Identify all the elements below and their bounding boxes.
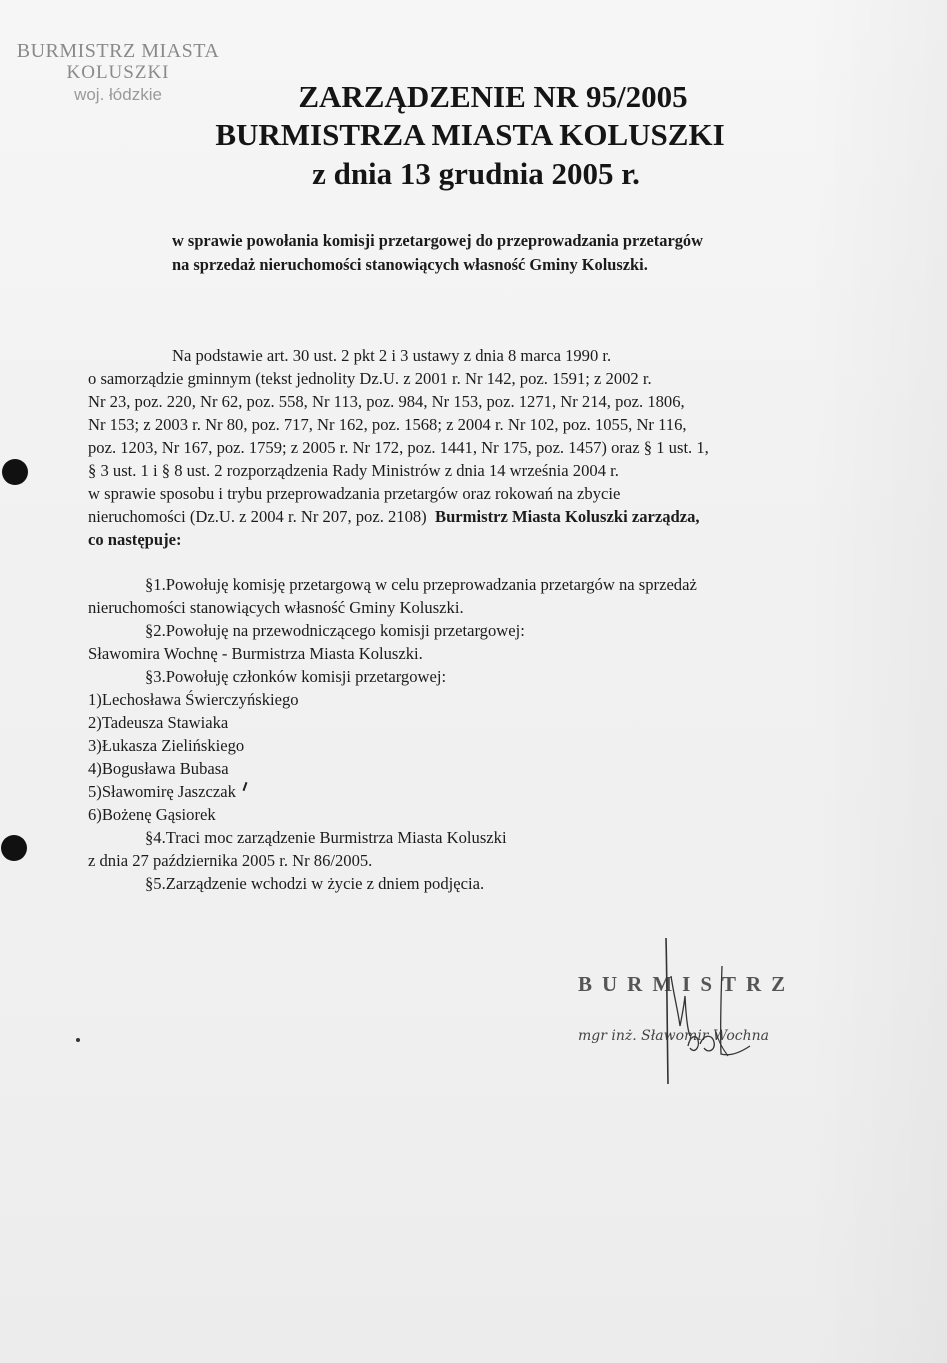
preamble: Na podstawie art. 30 ust. 2 pkt 2 i 3 us… bbox=[88, 344, 848, 551]
member-list-item: 5)Sławomirę Jaszczak bbox=[88, 780, 848, 803]
member-list-item: 1)Lechosława Świerczyńskiego bbox=[88, 688, 848, 711]
signature-block: BURMISTRZ mgr inż. Sławomir Wochna bbox=[578, 972, 818, 997]
section-3: §3.Powołuję członków komisji przetargowe… bbox=[88, 665, 848, 826]
title-line-2: BURMISTRZA MIASTA KOLUSZKI bbox=[150, 116, 790, 154]
member-list-item: 3)Łukasza Zielińskiego bbox=[88, 734, 848, 757]
document-body: Na podstawie art. 30 ust. 2 pkt 2 i 3 us… bbox=[88, 344, 848, 895]
preamble-citation: nieruchomości (Dz.U. z 2004 r. Nr 207, p… bbox=[88, 507, 435, 526]
section-1-line-1: §1.Powołuję komisję przetargową w celu p… bbox=[88, 573, 848, 596]
section-4-line-1: §4.Traci moc zarządzenie Burmistrza Mias… bbox=[88, 826, 848, 849]
preamble-line: § 3 ust. 1 i § 8 ust. 2 rozporządzenia R… bbox=[88, 459, 848, 482]
handwritten-signature-icon bbox=[638, 936, 758, 1086]
preamble-line: Nr 23, poz. 220, Nr 62, poz. 558, Nr 113… bbox=[88, 390, 848, 413]
subject-line-2: na sprzedaż nieruchomości stanowiących w… bbox=[172, 253, 703, 277]
title-line-1: ZARZĄDZENIE NR 95/2005 bbox=[196, 78, 790, 116]
section-1: §1.Powołuję komisję przetargową w celu p… bbox=[88, 573, 848, 619]
preamble-line: Nr 153; z 2003 r. Nr 80, poz. 717, Nr 16… bbox=[88, 413, 848, 436]
title-line-3: z dnia 13 grudnia 2005 r. bbox=[162, 154, 790, 194]
section-2: §2.Powołuję na przewodniczącego komisji … bbox=[88, 619, 848, 665]
member-name: 5)Sławomirę Jaszczak bbox=[88, 782, 236, 801]
section-5-line-1: §5.Zarządzenie wchodzi w życie z dniem p… bbox=[88, 872, 848, 895]
stamp-line-1: BURMISTRZ MIASTA bbox=[8, 40, 228, 62]
punch-hole bbox=[2, 459, 28, 485]
preamble-line: w sprawie sposobu i trybu przeprowadzani… bbox=[88, 482, 848, 505]
punch-hole bbox=[1, 835, 27, 861]
preamble-line: o samorządzie gminnym (tekst jednolity D… bbox=[88, 367, 848, 390]
preamble-line: nieruchomości (Dz.U. z 2004 r. Nr 207, p… bbox=[88, 505, 848, 528]
section-4: §4.Traci moc zarządzenie Burmistrza Mias… bbox=[88, 826, 848, 872]
ink-speck bbox=[76, 1038, 80, 1042]
preamble-closing: co następuje: bbox=[88, 528, 848, 551]
document-title: ZARZĄDZENIE NR 95/2005 BURMISTRZA MIASTA… bbox=[150, 78, 790, 194]
preamble-decree-clause: Burmistrz Miasta Koluszki zarządza, bbox=[435, 507, 700, 526]
section-3-line-1: §3.Powołuję członków komisji przetargowe… bbox=[88, 665, 848, 688]
member-list-item: 6)Bożenę Gąsiorek bbox=[88, 803, 848, 826]
subject-line-1: w sprawie powołania komisji przetargowej… bbox=[172, 229, 703, 253]
section-2-line-2: Sławomira Wochnę - Burmistrza Miasta Kol… bbox=[88, 642, 848, 665]
preamble-line: Na podstawie art. 30 ust. 2 pkt 2 i 3 us… bbox=[88, 344, 848, 367]
member-list-item: 4)Bogusława Bubasa bbox=[88, 757, 848, 780]
section-2-line-1: §2.Powołuję na przewodniczącego komisji … bbox=[88, 619, 848, 642]
document-page: BURMISTRZ MIASTA KOLUSZKI woj. łódzkie Z… bbox=[0, 0, 947, 1363]
section-4-line-2: z dnia 27 października 2005 r. Nr 86/200… bbox=[88, 849, 848, 872]
member-list-item: 2)Tadeusza Stawiaka bbox=[88, 711, 848, 734]
preamble-line: poz. 1203, Nr 167, poz. 1759; z 2005 r. … bbox=[88, 436, 848, 459]
pen-mark-icon bbox=[242, 782, 247, 791]
section-5: §5.Zarządzenie wchodzi w życie z dniem p… bbox=[88, 872, 848, 895]
section-1-line-2: nieruchomości stanowiących własność Gmin… bbox=[88, 596, 848, 619]
document-subject: w sprawie powołania komisji przetargowej… bbox=[172, 229, 703, 277]
